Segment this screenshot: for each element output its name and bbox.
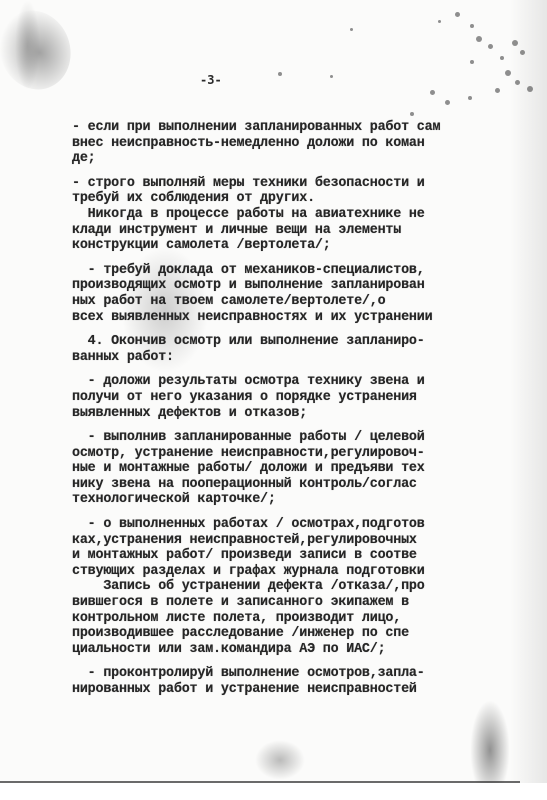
text-line: нированных работ и устранение неисправно… bbox=[72, 682, 547, 698]
page-number: -3- bbox=[200, 73, 222, 87]
stain-smudge bbox=[0, 0, 82, 99]
ink-dot bbox=[515, 80, 520, 85]
scanned-document-page: -3- - если при выполнении запланированны… bbox=[0, 0, 547, 800]
text-line: - проконтролируй выполнение осмотров,зап… bbox=[72, 666, 547, 682]
paragraph: - если при выполнении запланированных ра… bbox=[72, 120, 547, 167]
text-line: нику звена на пооперационный контроль/со… bbox=[72, 477, 547, 493]
ink-dot bbox=[278, 72, 282, 76]
ink-dot bbox=[468, 96, 472, 100]
text-line: - требуй доклада от механиков-специалист… bbox=[72, 263, 547, 279]
paragraph: - выполнив запланированные работы / целе… bbox=[72, 430, 547, 508]
ink-dot bbox=[410, 112, 414, 116]
text-line: Запись об устранении дефекта /отказа/,пр… bbox=[72, 579, 547, 595]
text-line: требуй их соблюдения от других. bbox=[72, 191, 547, 207]
text-line: вившегося в полете и записанного экипаже… bbox=[72, 595, 547, 611]
ink-dot bbox=[495, 88, 500, 93]
text-line: де; bbox=[72, 151, 547, 167]
scan-background bbox=[0, 783, 547, 800]
paragraph: - требуй доклада от механиков-специалист… bbox=[72, 263, 547, 325]
ink-dot bbox=[438, 20, 441, 23]
text-line: ные и монтажные работы/ доложи и предъяв… bbox=[72, 461, 547, 477]
paragraph: - проконтролируй выполнение осмотров,зап… bbox=[72, 666, 547, 697]
text-line: ных работ на твоем самолете/вертолете/,о bbox=[72, 294, 547, 310]
text-line: внес неисправность-немедленно доложи по … bbox=[72, 136, 547, 152]
paragraph: 4. Окончив осмотр или выполнение заплани… bbox=[72, 334, 547, 365]
text-line: получи от него указания о порядке устран… bbox=[72, 390, 547, 406]
text-line: технологической карточке/; bbox=[72, 492, 547, 508]
text-line: производящих осмотр и выполнение заплани… bbox=[72, 278, 547, 294]
paragraph: - о выполненных работах / осмотрах,подго… bbox=[72, 517, 547, 657]
text-line: выявленных дефектов и отказов; bbox=[72, 406, 547, 422]
ink-dot bbox=[500, 56, 504, 60]
document-body: - если при выполнении запланированных ра… bbox=[72, 120, 547, 707]
text-line: осмотр, устранение неисправности,регулир… bbox=[72, 446, 547, 462]
text-line: циальности или зам.командира АЭ по ИАС/; bbox=[72, 642, 547, 658]
text-line: - доложи результаты осмотра технику звен… bbox=[72, 374, 547, 390]
text-line: клади инструмент и личные вещи на элемен… bbox=[72, 223, 547, 239]
stain-smudge bbox=[15, 0, 40, 90]
ink-dot bbox=[350, 28, 353, 31]
ink-dot bbox=[505, 70, 511, 76]
paragraph: - строго выполняй меры техники безопасно… bbox=[72, 176, 547, 254]
ink-dot bbox=[476, 36, 482, 42]
stain-smudge bbox=[255, 740, 305, 780]
ink-dot bbox=[470, 60, 474, 64]
text-line: ствующих разделах и графах журнала подго… bbox=[72, 564, 547, 580]
ink-dot bbox=[512, 40, 518, 46]
text-line: 4. Окончив осмотр или выполнение заплани… bbox=[72, 334, 547, 350]
text-line: всех выявленных неисправностях и их устр… bbox=[72, 310, 547, 326]
text-line: ках,устранения неисправностей,регулирово… bbox=[72, 533, 547, 549]
text-line: производившее расследование /инженер по … bbox=[72, 626, 547, 642]
ink-dot bbox=[520, 50, 525, 55]
ink-dot bbox=[527, 86, 533, 92]
text-line: Никогда в процессе работы на авиатехнике… bbox=[72, 207, 547, 223]
text-line: - строго выполняй меры техники безопасно… bbox=[72, 176, 547, 192]
ink-dot bbox=[330, 75, 333, 78]
text-line: - если при выполнении запланированных ра… bbox=[72, 120, 547, 136]
paragraph: - доложи результаты осмотра технику звен… bbox=[72, 374, 547, 421]
text-line: контрольном листе полета, производит лиц… bbox=[72, 611, 547, 627]
ink-dot bbox=[488, 44, 493, 49]
text-line: ванных работ: bbox=[72, 350, 547, 366]
text-line: - выполнив запланированные работы / целе… bbox=[72, 430, 547, 446]
ink-dot bbox=[445, 100, 450, 105]
ink-dot bbox=[430, 90, 435, 95]
text-line: конструкции самолета /вертолета/; bbox=[72, 238, 547, 254]
ink-dot bbox=[455, 12, 460, 17]
text-line: - о выполненных работах / осмотрах,подго… bbox=[72, 517, 547, 533]
text-line: и монтажных работ/ произведи записи в со… bbox=[72, 548, 547, 564]
ink-dot bbox=[470, 24, 474, 28]
